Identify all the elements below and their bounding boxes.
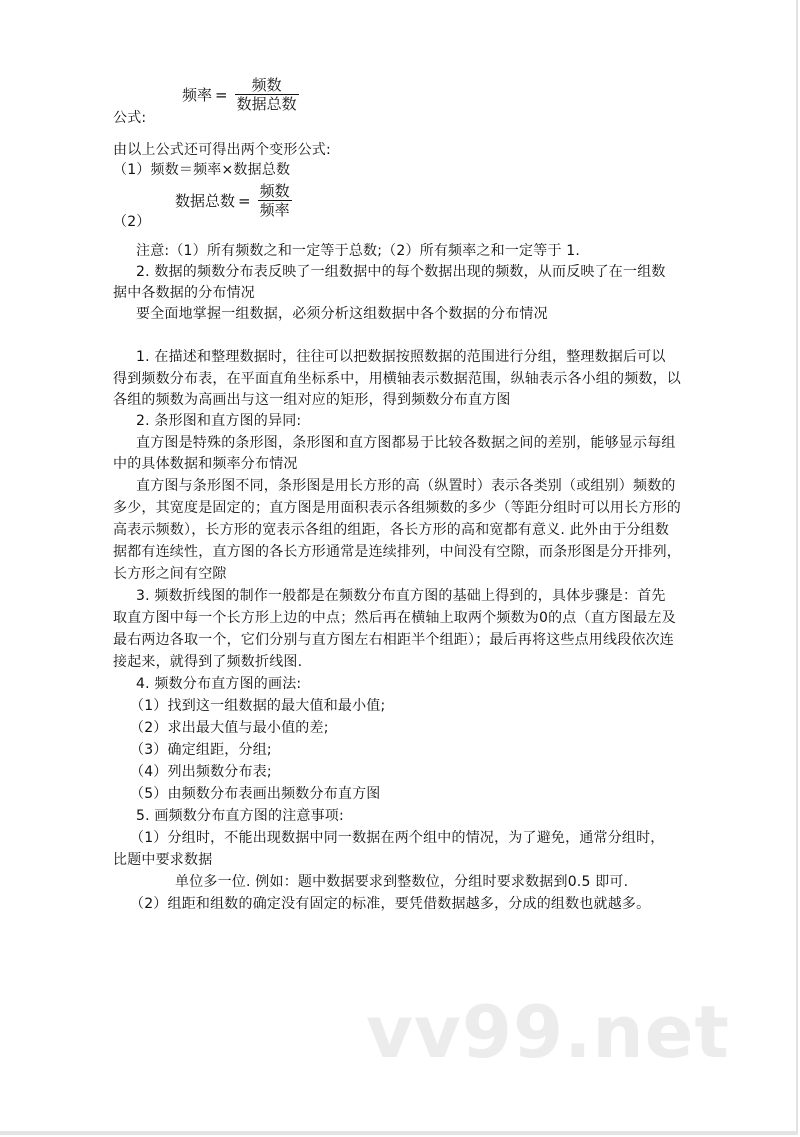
section-heading: 4. 频数分布直方图的画法: <box>136 674 301 694</box>
paragraph-line: 取直方图中每一个长方形上边的中点；然后再在横轴上取两个频数为0的点（直方图最左及 <box>113 608 676 628</box>
formula1-numerator: 频数 <box>250 76 284 94</box>
paragraph-line: 2. 数据的频数分布表反映了一组数据中的每个数据出现的频数，从而反映了在一组数 <box>136 262 666 282</box>
formula2-lhs: 数据总数 <box>175 190 235 211</box>
paragraph-line: 长方形之间有空隙 <box>113 564 227 584</box>
paragraph-line: 得到频数分布表，在平面直角坐标系中，用横轴表示数据范围，纵轴表示各小组的频数，以 <box>113 369 681 389</box>
list-item: （1）分组时，不能出现数据中同一数据在两个组中的情况，为了避免，通常分组时， <box>130 828 665 848</box>
formula1: 频率 = 频数 数据总数 <box>182 76 299 113</box>
paragraph-line: 多少，其宽度是固定的；直方图是用面积表示各组频数的多少（等距分组时可以用长方形的 <box>113 498 681 518</box>
list-item: （4）列出频数分布表; <box>130 762 272 782</box>
section-heading: 5. 画频数分布直方图的注意事项: <box>136 806 344 826</box>
formula2-label: （2） <box>113 212 151 232</box>
paragraph-line: 单位多一位. 例如：题中数据要求到整数位，分组时要求数据到0.5 即可. <box>175 872 628 892</box>
list-item: （5）由频数分布表画出频数分布直方图 <box>130 784 381 804</box>
formula1-fraction: 频数 数据总数 <box>235 76 299 113</box>
paragraph-line: 据中各数据的分布情况 <box>113 283 255 303</box>
formula1-label: 公式: <box>113 108 146 128</box>
formula2-denominator: 频率 <box>258 200 292 219</box>
paragraph-line: 接起来，就得到了频数折线图. <box>113 652 302 672</box>
paragraph-line: 比题中要求数据 <box>113 850 212 870</box>
list-item: （2）求出最大值与最小值的差; <box>130 718 329 738</box>
paragraph-line: 据都有连续性，直方图的各长方形通常是连续排列，中间没有空隙，而条形图是分开排列， <box>113 542 681 562</box>
paragraph-line: 直方图与条形图不同，条形图是用长方形的高（纵置时）表示各类别（或组别）频数的 <box>136 476 676 496</box>
list-item: （3）确定组距，分组; <box>130 740 272 760</box>
variant-1: （1）频数＝频率×数据总数 <box>113 160 290 180</box>
watermark: vv99.net <box>366 990 730 1074</box>
list-item: （2）组距和组数的确定没有固定的标准，要凭借数据越多，分成的组数也就越多。 <box>130 894 650 914</box>
paragraph-line: 高表示频数），长方形的宽表示各组的组距，各长方形的高和宽都有意义. 此外由于分组… <box>113 520 669 540</box>
intro-variants: 由以上公式还可得出两个变形公式: <box>113 140 331 160</box>
formula2-numerator: 频数 <box>258 182 292 200</box>
paragraph-line: 中的具体数据和频率分布情况 <box>113 454 298 474</box>
section-heading: 2. 条形图和直方图的异同: <box>136 411 301 431</box>
paragraph-line: 3. 频数折线图的制作一般都是在频数分布直方图的基础上得到的，具体步骤是：首先 <box>136 586 666 606</box>
formula2-eq: = <box>238 192 251 210</box>
paragraph-line: 要全面地掌握一组数据，必须分析这组数据中各个数据的分布情况 <box>136 304 548 324</box>
paragraph-line: 1. 在描述和整理数据时，往往可以把数据按照数据的范围进行分组，整理数据后可以 <box>136 347 666 367</box>
formula1-lhs: 频率 <box>182 84 212 105</box>
note-line: 注意:（1）所有频数之和一定等于总数;（2）所有频率之和一定等于 1. <box>136 241 580 261</box>
document-page: 公式: 频率 = 频数 数据总数 由以上公式还可得出两个变形公式: （1）频数＝… <box>0 0 798 1135</box>
formula1-denominator: 数据总数 <box>235 94 299 113</box>
paragraph-line: 直方图是特殊的条形图，条形图和直方图都易于比较各数据之间的差别，能够显示每组 <box>136 433 676 453</box>
paragraph-line: 最右两边各取一个，它们分别与直方图左右相距半个组距）；最后再将这些点用线段依次连 <box>113 630 674 650</box>
formula2: 数据总数 = 频数 频率 <box>175 182 292 219</box>
formula2-fraction: 频数 频率 <box>258 182 292 219</box>
formula1-eq: = <box>215 86 228 104</box>
paragraph-line: 各组的频数为高画出与这一组对应的矩形，得到频数分布直方图 <box>113 390 511 410</box>
list-item: （1）找到这一组数据的最大值和最小值; <box>130 696 385 716</box>
